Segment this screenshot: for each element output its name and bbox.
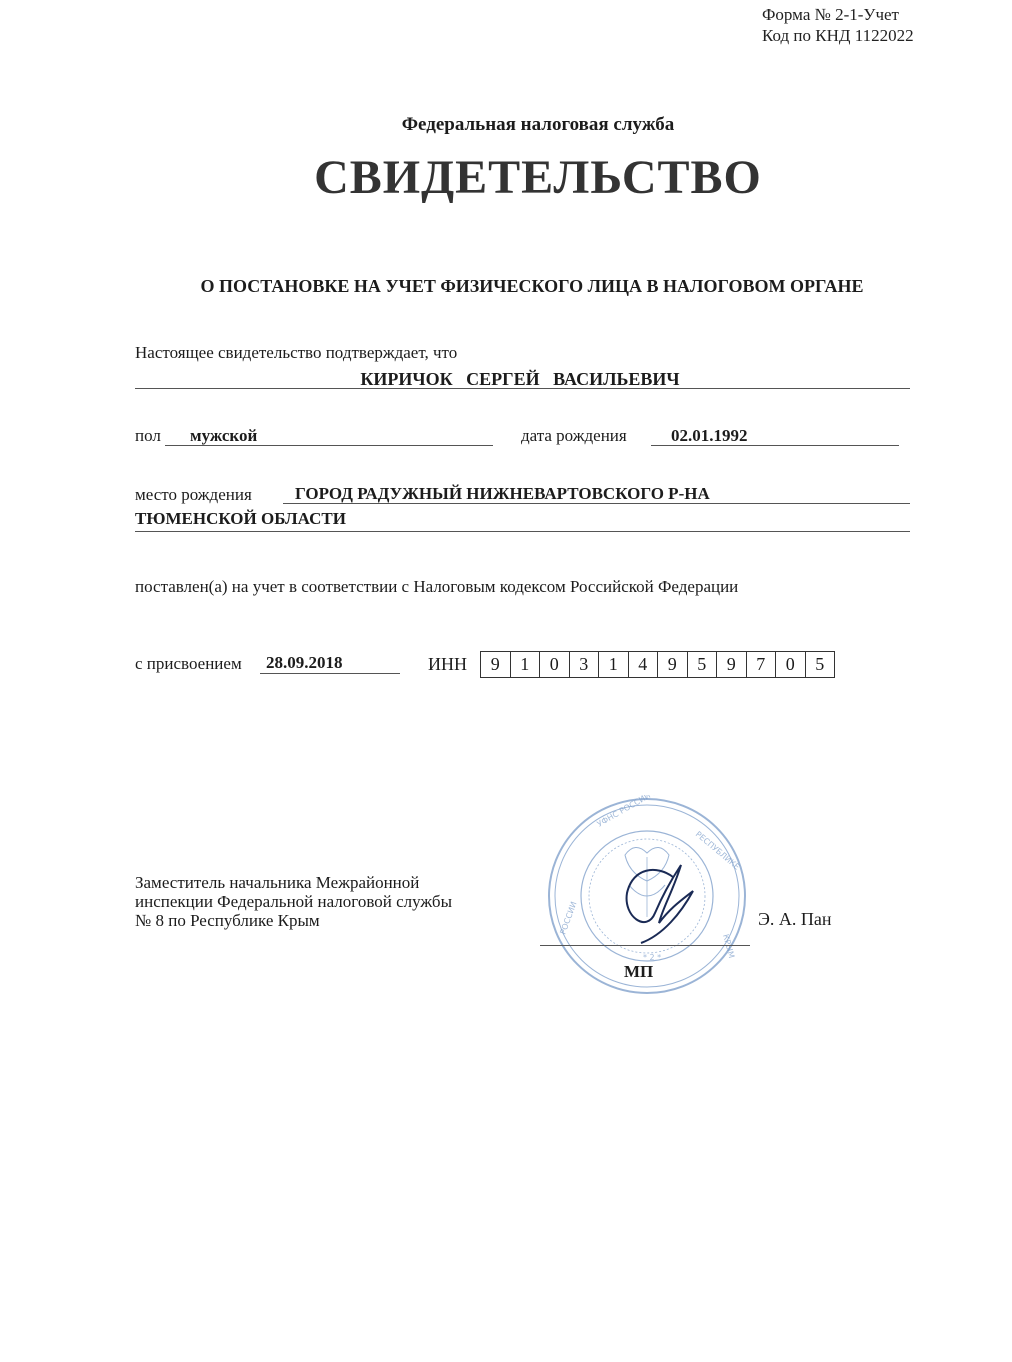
inn-digit: 9	[481, 652, 511, 677]
inn-digit: 3	[570, 652, 600, 677]
assignment-label: с присвоением	[135, 654, 242, 674]
inn-label: ИНН	[428, 654, 467, 675]
form-number: Форма № 2-1-Учет	[762, 4, 914, 25]
inn-digit: 1	[511, 652, 541, 677]
signature-line	[540, 945, 750, 946]
agency-name: Федеральная налоговая служба	[0, 114, 1012, 136]
dob-value: 02.01.1992	[671, 426, 748, 446]
birthplace-label: место рождения	[135, 485, 252, 505]
signatory-position-line1: Заместитель начальника Межрайонной	[135, 873, 452, 892]
svg-text:РОССИИ: РОССИИ	[558, 900, 578, 935]
signatory-position: Заместитель начальника Межрайонной инспе…	[135, 873, 452, 930]
sex-label: пол	[135, 426, 161, 446]
assignment-date-underline	[260, 673, 400, 674]
signatory-position-line3: № 8 по Республике Крым	[135, 911, 452, 930]
birthplace-underline-1	[283, 503, 910, 504]
inn-digit: 7	[747, 652, 777, 677]
registration-text: поставлен(а) на учет в соответствии с На…	[135, 577, 738, 597]
inn-digit: 4	[629, 652, 659, 677]
inn-digit: 0	[540, 652, 570, 677]
inn-boxes: 910314959705	[480, 651, 835, 678]
dob-underline	[651, 445, 899, 446]
sex-underline	[165, 445, 493, 446]
intro-text: Настоящее свидетельство подтверждает, чт…	[135, 343, 457, 363]
document-subtitle: О ПОСТАНОВКЕ НА УЧЕТ ФИЗИЧЕСКОГО ЛИЦА В …	[0, 276, 1012, 297]
inn-digit: 0	[776, 652, 806, 677]
sex-value: мужской	[190, 426, 257, 446]
birthplace-underline-2	[135, 531, 910, 532]
stamp-mark: МП	[624, 962, 653, 982]
inn-digit: 5	[806, 652, 835, 677]
inn-digit: 1	[599, 652, 629, 677]
name-underline	[135, 388, 910, 389]
assignment-date: 28.09.2018	[266, 653, 343, 673]
svg-text:* 2 *: * 2 *	[643, 953, 661, 962]
birthplace-line2: ТЮМЕНСКОЙ ОБЛАСТИ	[135, 509, 346, 529]
knd-code: Код по КНД 1122022	[762, 25, 914, 46]
full-name: КИРИЧОК СЕРГЕЙ ВАСИЛЬЕВИЧ	[0, 369, 1012, 390]
dob-label: дата рождения	[521, 426, 627, 446]
form-code-block: Форма № 2-1-Учет Код по КНД 1122022	[762, 4, 914, 46]
document-title: СВИДЕТЕЛЬСТВО	[0, 150, 1012, 205]
inn-digit: 9	[658, 652, 688, 677]
inn-digit: 9	[717, 652, 747, 677]
inn-digit: 5	[688, 652, 718, 677]
birthplace-line1: ГОРОД РАДУЖНЫЙ НИЖНЕВАРТОВСКОГО Р-НА	[295, 484, 710, 504]
signatory-name: Э. А. Пан	[758, 909, 832, 930]
signatory-position-line2: инспекции Федеральной налоговой службы	[135, 892, 452, 911]
